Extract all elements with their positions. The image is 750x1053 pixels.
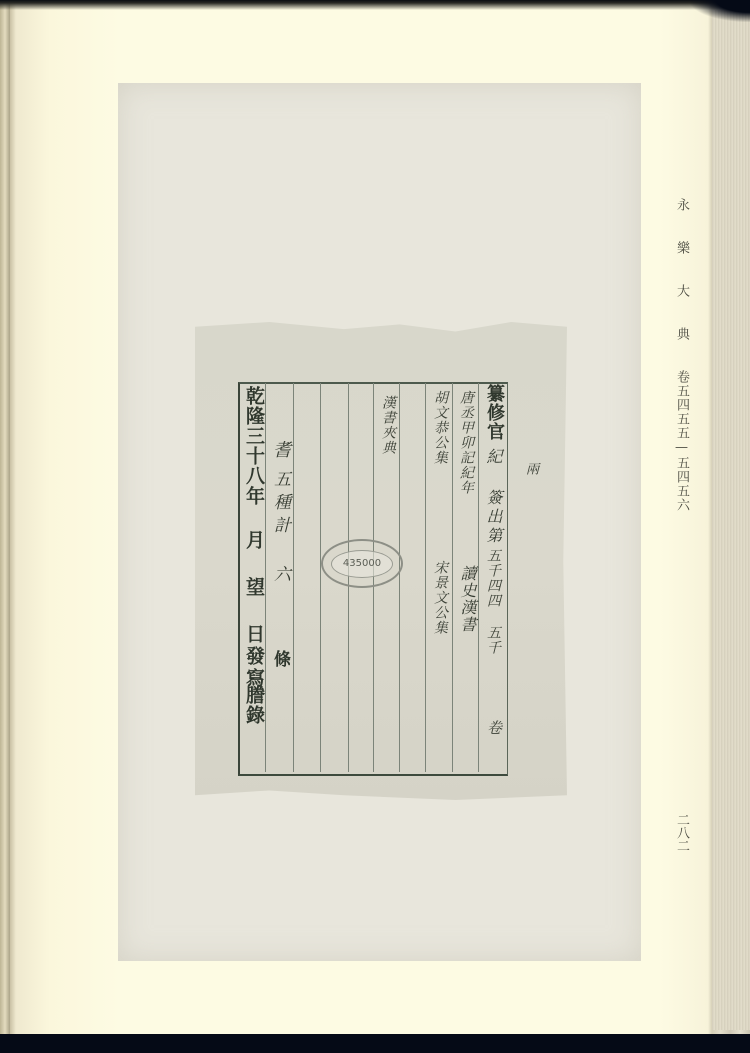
running-head-char: 大 — [674, 284, 689, 298]
margin-note-top: 兩 — [521, 462, 540, 476]
books-count-end: 六 — [268, 565, 293, 583]
compiler-label: 纂修官 — [481, 384, 507, 441]
top-shadow — [0, 0, 750, 10]
books-unit: 條 — [268, 650, 293, 668]
book-gutter-edge — [0, 0, 10, 1034]
source-line-1b: 讀史漢書 — [456, 565, 479, 633]
column-rule — [399, 383, 400, 772]
column-rule — [320, 383, 321, 772]
running-head: 永 樂 大 典 卷五四五五—五四五六 — [672, 198, 691, 512]
margin-note-bottom: 卷 — [484, 720, 505, 736]
copyist-label: 謄錄 — [241, 685, 268, 725]
compiler-numbers: 五千四四 五千 — [483, 548, 503, 655]
compiler-name: 紀 簽出第 — [482, 448, 505, 546]
library-stamp: 435000 — [321, 539, 403, 588]
page-stack-edge — [712, 10, 750, 1030]
running-head-char: 永 — [674, 198, 689, 212]
source-line-2b: 宋景文公集 — [430, 560, 450, 635]
page-number: 二八二 — [672, 813, 691, 852]
books-count-start: 耆 — [267, 440, 293, 459]
source-line-3: 漢書夾典 — [378, 395, 398, 455]
running-head-char: 樂 — [674, 241, 689, 255]
books-count-mid: 五種計 — [268, 470, 293, 539]
source-line-2: 胡文恭公集 — [430, 390, 450, 465]
date-printed: 乾隆三十八年 — [241, 386, 268, 506]
running-head-char: 典 — [674, 327, 689, 341]
column-rule — [425, 383, 426, 772]
column-rule — [293, 383, 294, 772]
source-line-1: 唐丞甲卯記紀年 — [456, 390, 476, 495]
top-right-shadow — [690, 0, 750, 22]
stamp-number: 435000 — [331, 550, 393, 578]
scan-background — [0, 1034, 750, 1053]
running-head-volume: 卷五四五五—五四五六 — [674, 370, 689, 512]
date-handwritten: 月 望 日發寫 — [241, 530, 268, 690]
column-rule — [452, 383, 453, 772]
